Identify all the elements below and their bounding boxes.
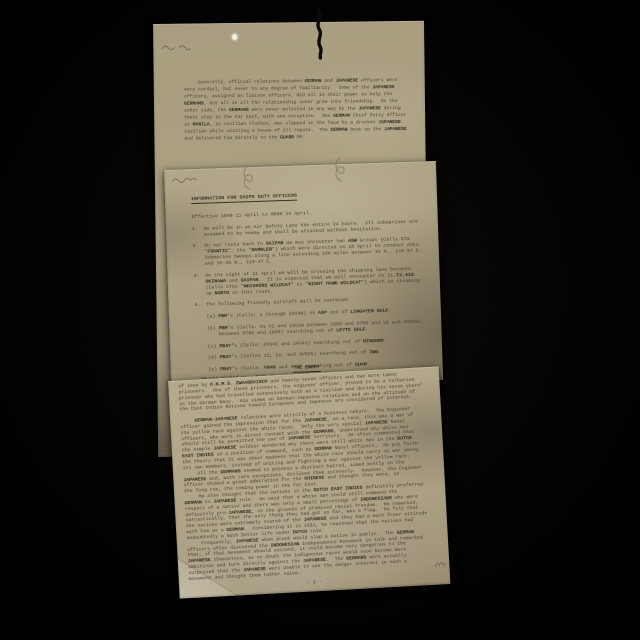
paper-clip-impression-icon bbox=[332, 156, 349, 183]
document-sheet-middle: INFORMATION FOR SHIPS DUTY OFFICERS Effe… bbox=[164, 161, 443, 389]
fastener-wire-icon bbox=[313, 8, 328, 60]
photo-background: Generally, official relations between GE… bbox=[0, 0, 640, 640]
typed-paragraph: Generally, official relations between GE… bbox=[184, 77, 403, 143]
pencil-mark bbox=[433, 558, 448, 569]
hole-punch bbox=[232, 34, 237, 40]
typed-line: and delivered him directly to the GUARD … bbox=[184, 133, 402, 143]
document-heading: INFORMATION FOR SHIPS DUTY OFFICERS bbox=[191, 194, 297, 204]
document-sheet-bottom: of Java by H.N.M.S. ZWAARDVISCH and twen… bbox=[168, 366, 450, 598]
paper-clip-impression-icon bbox=[240, 164, 257, 191]
pencil-mark bbox=[161, 44, 191, 52]
typed-body: of Java by H.N.M.S. ZWAARDVISCH and twen… bbox=[178, 370, 450, 583]
typed-body: Effective 1800 11 April to 0600 14 April… bbox=[192, 207, 437, 374]
pencil-mark bbox=[171, 176, 197, 185]
